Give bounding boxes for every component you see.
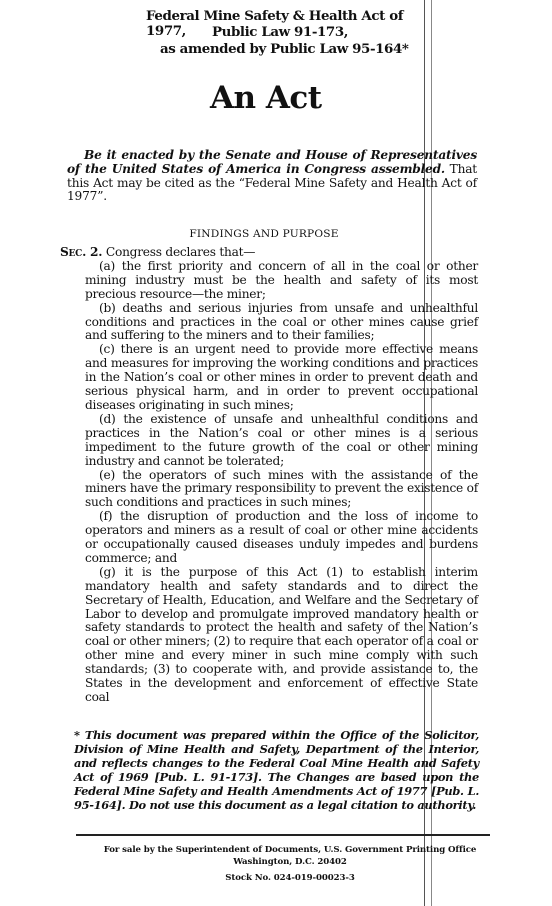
document-page: Federal Mine Safety & Health Act of 1977… <box>0 0 552 906</box>
section-heading: FINDINGS AND PURPOSE <box>0 228 552 240</box>
enacting-clause-italic: Be it enacted by the Senate and House of… <box>67 148 477 176</box>
printing-imprint: For sale by the Superintendent of Docume… <box>80 844 500 884</box>
finding-paragraph-f: (f) the disruption of production and the… <box>85 510 478 566</box>
section-heading-text: FINDINGS AND PURPOSE <box>189 228 338 240</box>
section-label: Sec. 2. <box>60 245 102 259</box>
section-intro-text: Congress declares that— <box>102 245 255 259</box>
finding-paragraph-g: (g) it is the purpose of this Act (1) to… <box>85 566 478 705</box>
footer-divider <box>76 834 490 836</box>
section-body: Sec. 2. Congress declares that— (a) the … <box>85 246 478 705</box>
finding-paragraph-b: (b) deaths and serious injuries from uns… <box>85 302 478 344</box>
enacting-clause: Be it enacted by the Senate and House of… <box>67 149 477 204</box>
header-amendment: as amended by Public Law 95-164* <box>160 42 440 57</box>
finding-paragraph-d: (d) the existence of unsafe and unhealth… <box>85 413 478 469</box>
imprint-stock-number: Stock No. 024-019-00023-3 <box>80 872 500 884</box>
header-public-law: Public Law 91-173, <box>200 25 360 40</box>
imprint-sale-line: For sale by the Superintendent of Docume… <box>80 844 500 856</box>
finding-paragraph-a: (a) the first priority and concern of al… <box>85 260 478 302</box>
imprint-address: Washington, D.C. 20402 <box>80 856 500 868</box>
document-title: An Act <box>210 80 350 116</box>
finding-paragraph-e: (e) the operators of such mines with the… <box>85 469 478 511</box>
finding-paragraph-c: (c) there is an urgent need to provide m… <box>85 343 478 413</box>
footnote: * This document was prepared within the … <box>74 728 479 812</box>
section-intro: Sec. 2. Congress declares that— <box>85 246 478 260</box>
